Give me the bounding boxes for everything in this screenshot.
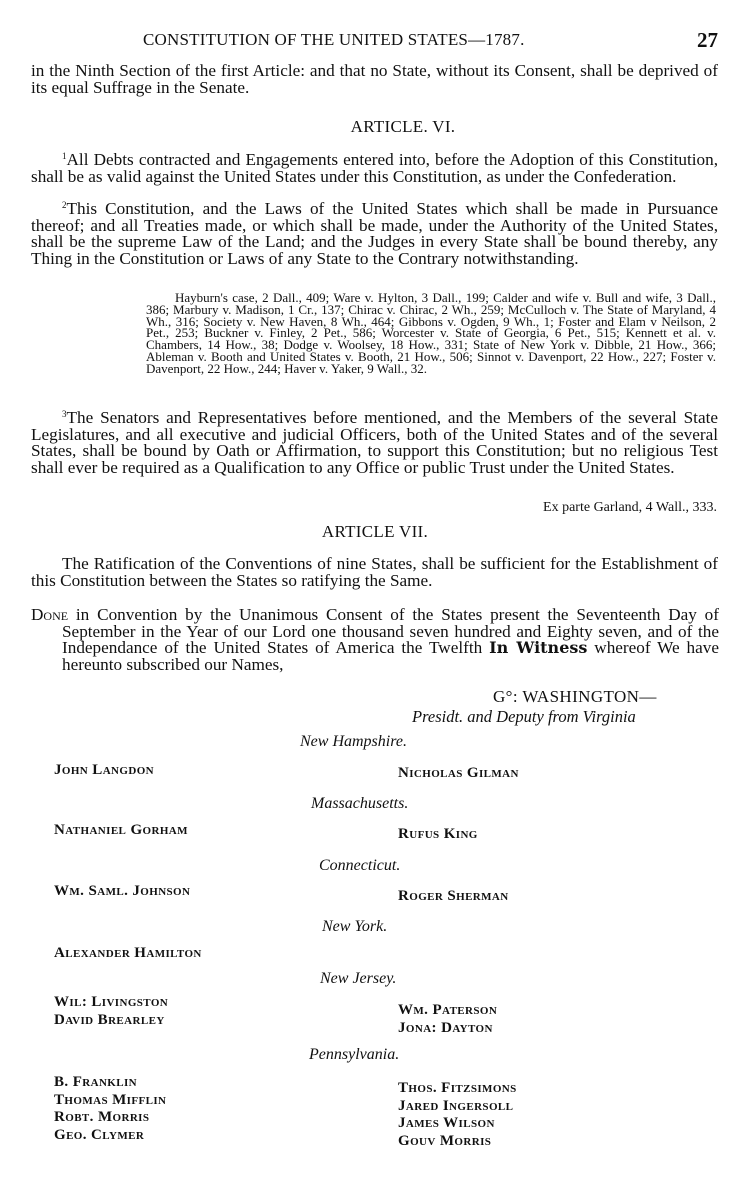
article-6-clause-2: 2This Constitution, and the Laws of the … [31,201,718,267]
article-7-text: The Ratification of the Conventions of n… [31,556,718,589]
signer-name: Nicholas Gilman [398,765,519,783]
signer-name: Gouv Morris [398,1133,491,1151]
article-6-clause-1: 1All Debts contracted and Engagements en… [31,152,718,185]
state-heading: New Hampshire. [300,733,407,751]
washington-signature: G°: WASHINGTON— [493,687,657,707]
clause-text: All Debts contracted and Engagements ent… [31,150,718,186]
clause-2-citations: Hayburn's case, 2 Dall., 409; Ware v. Hy… [146,292,716,375]
attestation-paragraph: Done in Convention by the Unanimous Cons… [31,607,719,673]
signer-name: Wm. Paterson [398,1002,497,1020]
clause-text: This Constitution, and the Laws of the U… [31,199,718,268]
page-number: 27 [697,28,718,53]
washington-title: Presidt. and Deputy from Virginia [412,707,636,727]
signer-name: Thomas Mifflin [54,1092,166,1110]
article-6-clause-3: 3The Senators and Representatives before… [31,410,718,476]
signer-name: Rufus King [398,826,478,844]
article-6-heading: ARTICLE. VI. [28,117,750,137]
state-heading: New York. [322,918,387,936]
clause-3-citation: Ex parte Garland, 4 Wall., 333. [543,500,717,516]
signer-name: Robt. Morris [54,1109,149,1127]
state-heading: New Jersey. [320,970,396,988]
state-heading: Massachusetts. [311,795,408,813]
signer-name: James Wilson [398,1115,495,1133]
signer-name: Jared Ingersoll [398,1098,513,1116]
article-7-heading: ARTICLE VII. [0,522,750,542]
signer-name: B. Franklin [54,1074,137,1092]
signer-name: David Brearley [54,1012,165,1030]
signer-name: John Langdon [54,762,154,780]
signer-name: Jona: Dayton [398,1020,493,1038]
signer-name: Geo. Clymer [54,1127,144,1145]
state-heading: Pennsylvania. [309,1046,399,1064]
signer-name: Wil: Livingston [54,994,168,1012]
signer-name: Wm. Saml. Johnson [54,883,190,901]
signer-name: Alexander Hamilton [54,945,202,963]
clause-text: The Senators and Representatives before … [31,408,718,477]
signer-name: Thos. Fitzsimons [398,1080,517,1098]
signer-name: Roger Sherman [398,888,509,906]
continuation-paragraph: in the Ninth Section of the first Articl… [31,63,718,96]
signer-name: Nathaniel Gorham [54,822,188,840]
running-title: CONSTITUTION OF THE UNITED STATES—1787. [143,30,525,50]
attestation-bold: In Witness [489,638,587,657]
state-heading: Connecticut. [319,857,400,875]
